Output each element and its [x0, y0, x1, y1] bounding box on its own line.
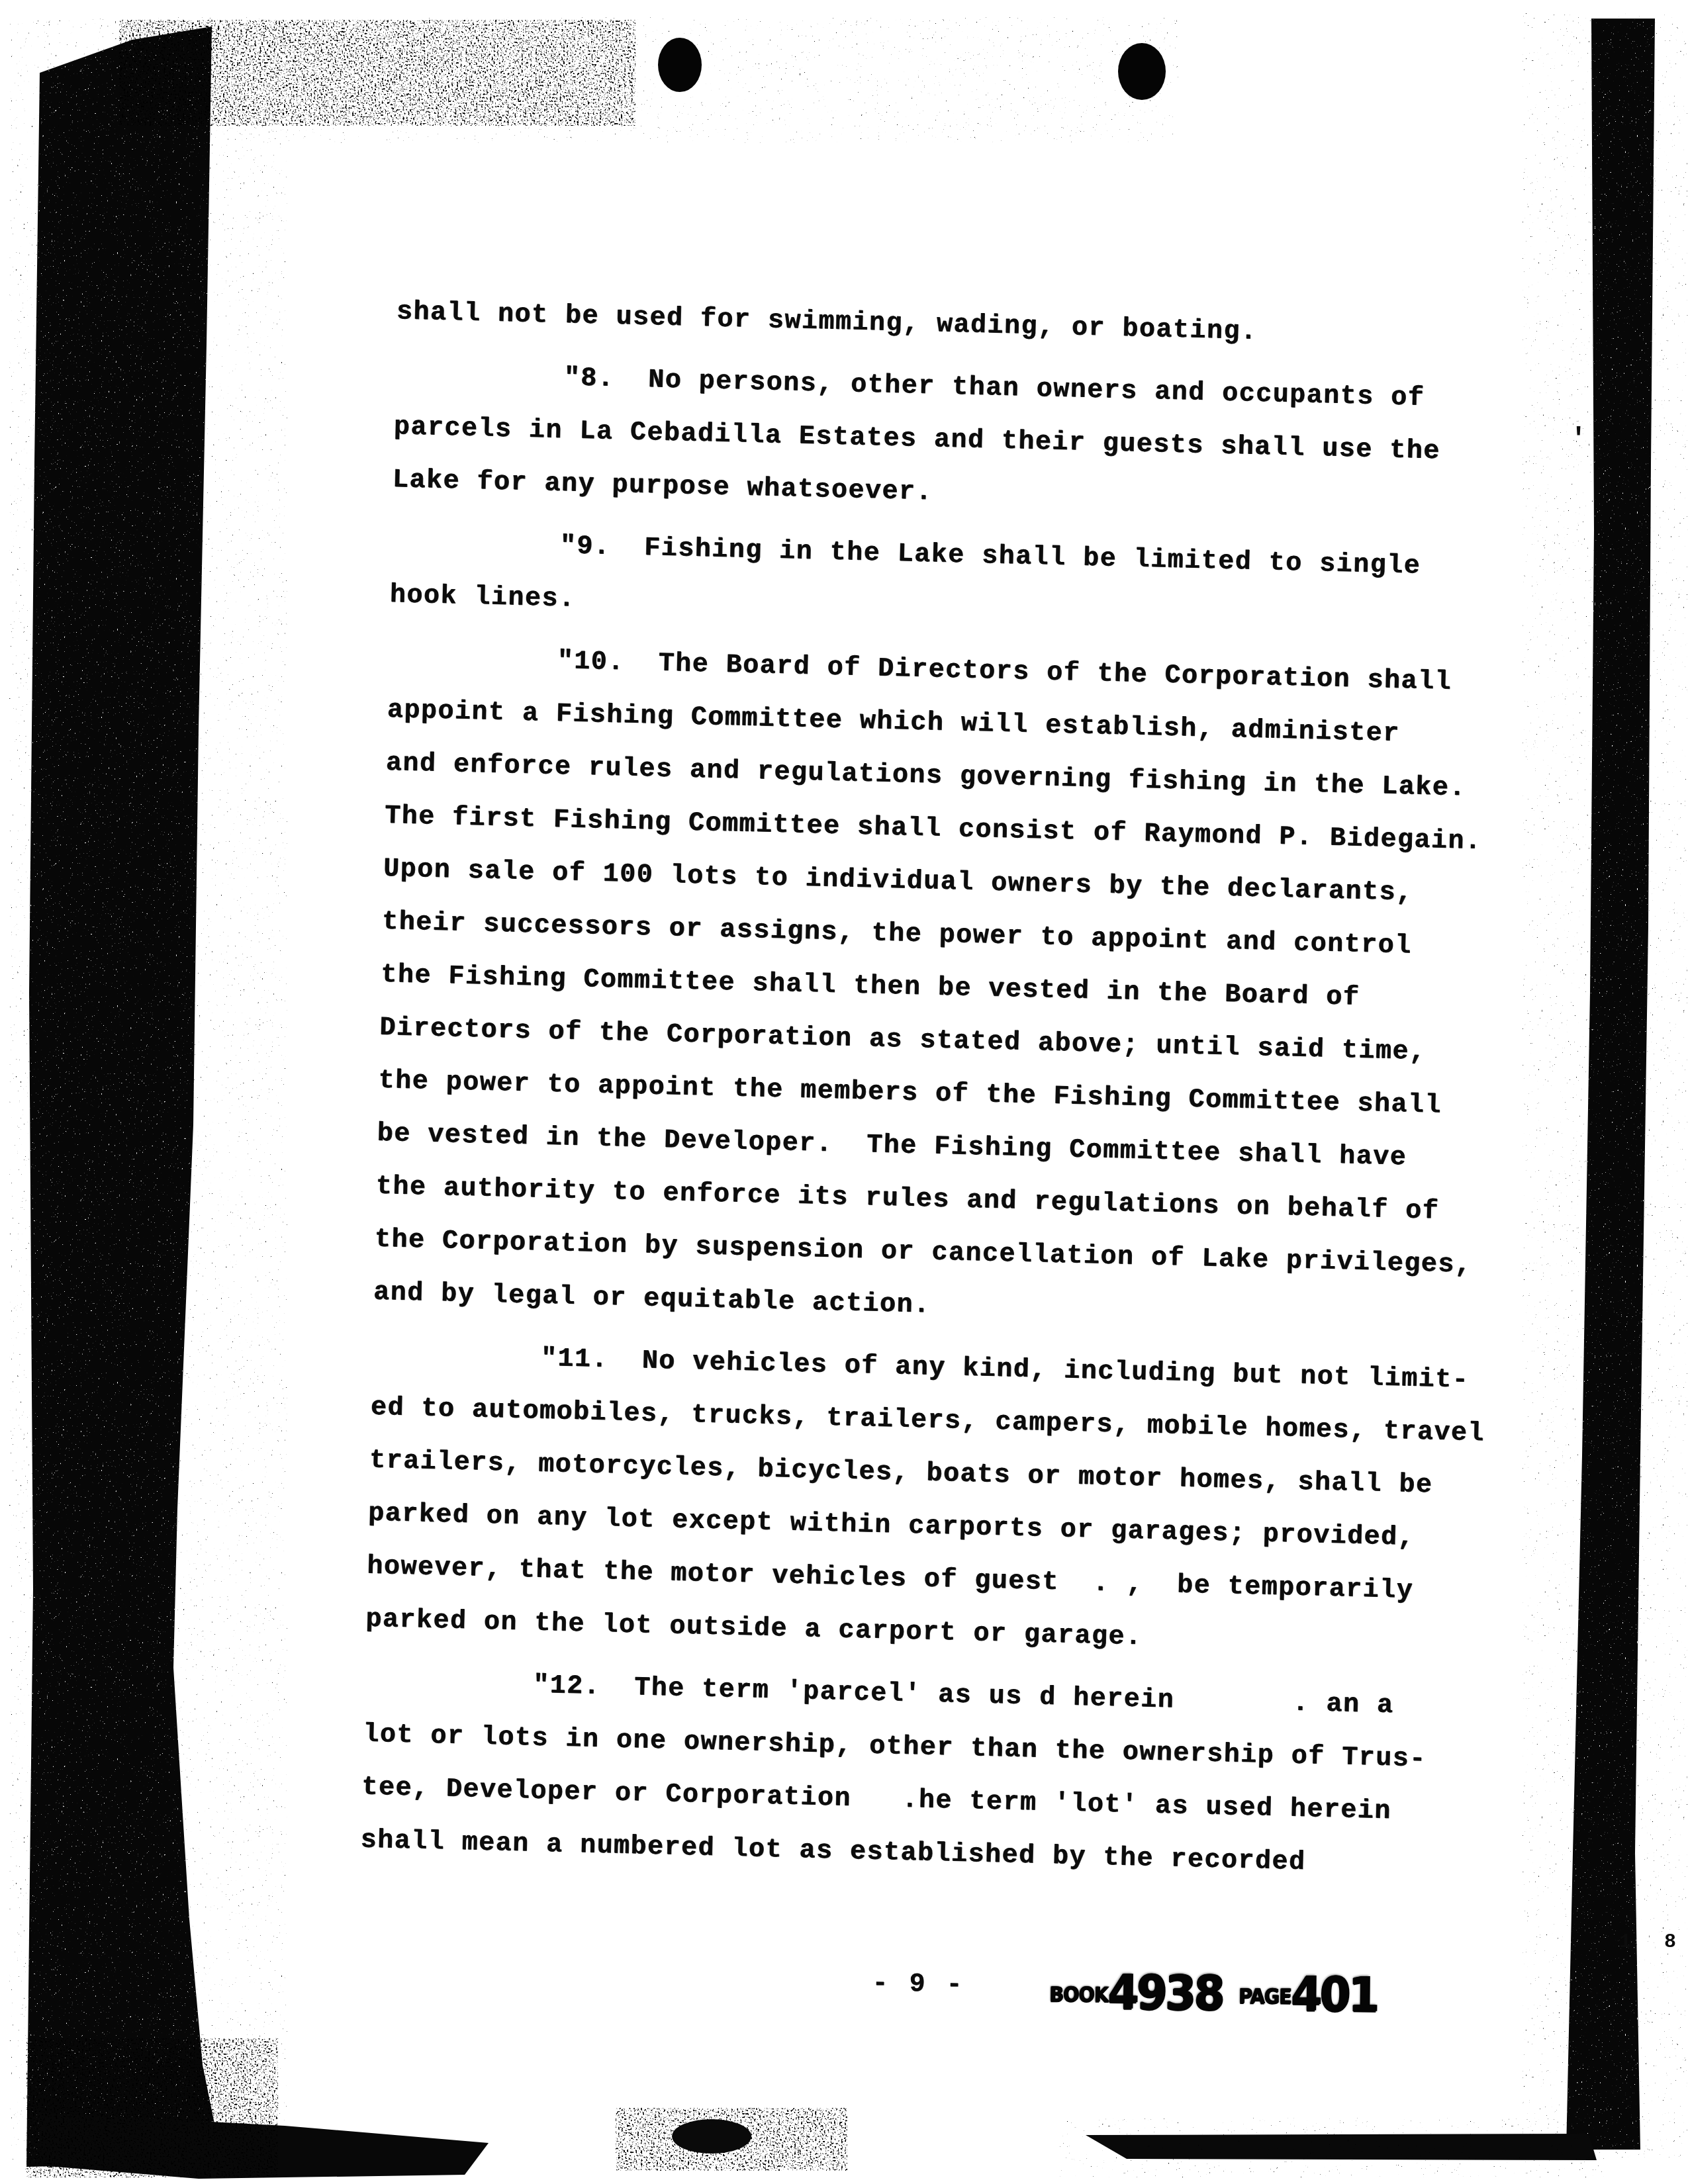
right-band-edge-speckle [1523, 13, 1688, 2158]
bottom-left-corner-noise [26, 2038, 278, 2177]
bottom-center-blob [672, 2119, 751, 2154]
recorder-stamp: BOOK4938PAGE401 [1049, 1964, 1378, 2023]
stamp-page-number: 401 [1291, 1966, 1378, 2022]
stray-mark-digits: 1 8 [1619, 1931, 1687, 1954]
scanned-document-page: shall not be used for swimming, wading, … [0, 0, 1688, 2184]
stamp-book-label: BOOK [1049, 1983, 1108, 2007]
bottom-streak-right-noise [1059, 2118, 1609, 2177]
right-scan-band [1566, 19, 1655, 2150]
hole-punch-dot-right [1118, 43, 1166, 100]
bottom-streak-right [1086, 2134, 1597, 2160]
typed-text-block: shall not be used for swimming, wading, … [360, 286, 1509, 1893]
stamp-book-number: 4938 [1107, 1964, 1223, 2021]
hole-punch-dot-left [658, 38, 702, 92]
left-band-edge-speckle [9, 20, 287, 2171]
stamp-page-label: PAGE [1239, 1984, 1291, 2009]
page-footer: - 9 -BOOK4938PAGE401 [872, 1960, 1534, 2027]
bottom-streak-left [38, 2113, 489, 2179]
stray-mark-apostrophe: ' [1570, 424, 1587, 455]
left-scan-band [26, 26, 222, 2167]
top-noise-band [40, 17, 1178, 143]
page-number: - 9 - [872, 1969, 965, 2000]
bottom-center-noise [616, 2108, 847, 2171]
top-noise-cluster [119, 20, 635, 126]
